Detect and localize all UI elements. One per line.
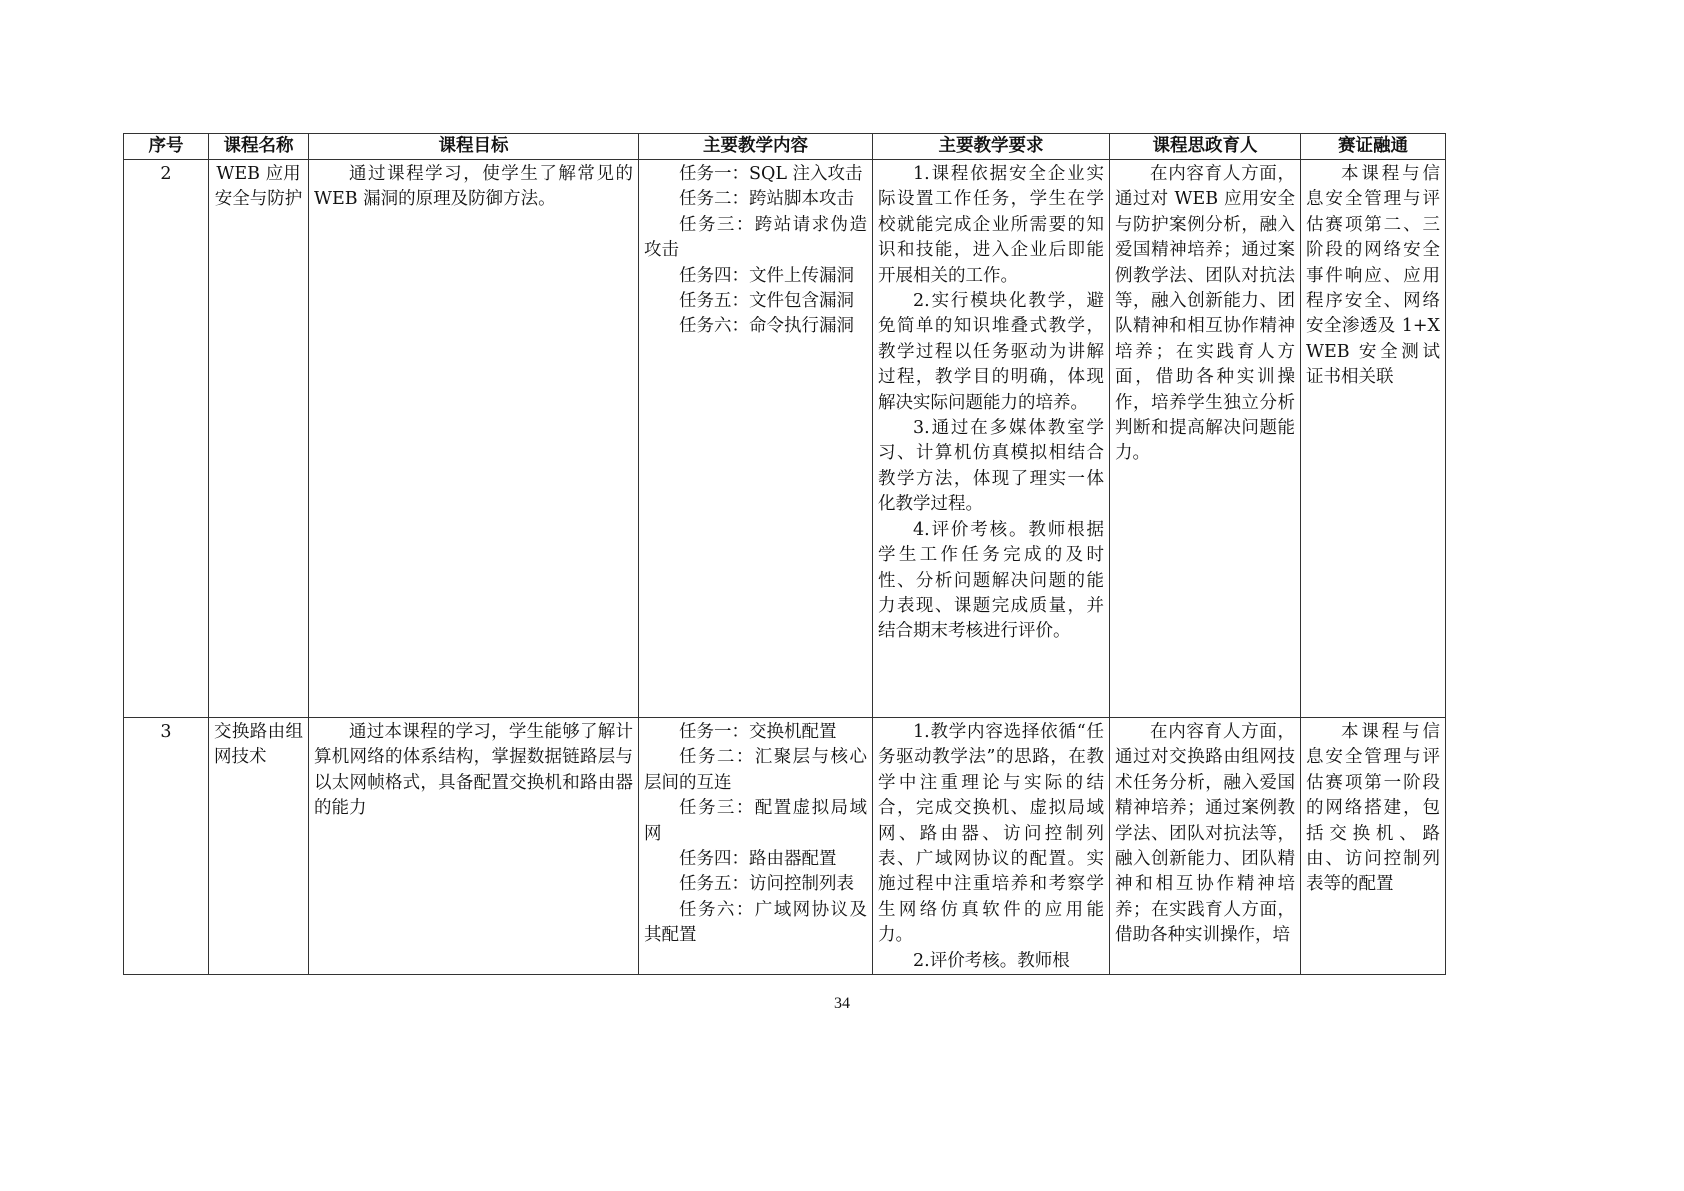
task-item: 任务二：汇聚层与核心层间的互连 xyxy=(644,745,867,796)
task-item: 任务五：访问控制列表 xyxy=(644,872,867,897)
certification-text: 本课程与信息安全管理与评估赛项第一阶段的网络搭建，包括交换机、路由、访问控制列表… xyxy=(1306,720,1440,898)
task-item: 任务二：跨站脚本攻击 xyxy=(644,187,867,212)
header-competition-certification: 赛证融通 xyxy=(1301,134,1446,160)
teaching-requirements: 1.教学内容选择依循“任务驱动教学法”的思路，在教学中注重理论与实际的结合，完成… xyxy=(873,718,1110,975)
table-row: 3 交换路由组网技术 通过本课程的学习，学生能够了解计算机网络的体系结构，掌握数… xyxy=(124,718,1446,975)
task-item: 任务六：命令执行漏洞 xyxy=(644,314,867,339)
header-ideology-education: 课程思政育人 xyxy=(1110,134,1301,160)
row-number: 3 xyxy=(124,718,209,975)
goal-text: 通过本课程的学习，学生能够了解计算机网络的体系结构，掌握数据链路层与以太网帧格式… xyxy=(314,720,633,822)
document-page: 序号 课程名称 课程目标 主要教学内容 主要教学要求 课程思政育人 赛证融通 2… xyxy=(0,0,1684,1191)
task-item: 任务四：路由器配置 xyxy=(644,847,867,872)
goal-text: 通过课程学习，使学生了解常见的 WEB 漏洞的原理及防御方法。 xyxy=(314,162,633,213)
task-item: 任务三：跨站请求伪造攻击 xyxy=(644,213,867,264)
requirement-item: 3.通过在多媒体教室学习、计算机仿真模拟相结合教学方法，体现了理实一体化教学过程… xyxy=(878,416,1104,518)
requirement-item: 4.评价考核。教师根据学生工作任务完成的及时性、分析问题解决问题的能力表现、课题… xyxy=(878,518,1104,645)
competition-certification: 本课程与信息安全管理与评估赛项第一阶段的网络搭建，包括交换机、路由、访问控制列表… xyxy=(1301,718,1446,975)
requirement-item: 1.课程依据安全企业实际设置工作任务，学生在学校就能完成企业所需要的知识和技能，… xyxy=(878,162,1104,289)
task-item: 任务三：配置虚拟局域网 xyxy=(644,796,867,847)
course-goal: 通过课程学习，使学生了解常见的 WEB 漏洞的原理及防御方法。 xyxy=(309,160,639,718)
ideology-education: 在内容育人方面，通过对交换路由组网技术任务分析，融入爱国精神培养；通过案例教学法… xyxy=(1110,718,1301,975)
requirement-item: 2.实行模块化教学，避免简单的知识堆叠式教学，教学过程以任务驱动为讲解过程，教学… xyxy=(878,289,1104,416)
header-course-name: 课程名称 xyxy=(209,134,309,160)
task-item: 任务六：广域网协议及其配置 xyxy=(644,898,867,949)
table-row: 2 WEB 应用安全与防护 通过课程学习，使学生了解常见的 WEB 漏洞的原理及… xyxy=(124,160,1446,718)
course-name: 交换路由组网技术 xyxy=(209,718,309,975)
table-header-row: 序号 课程名称 课程目标 主要教学内容 主要教学要求 课程思政育人 赛证融通 xyxy=(124,134,1446,160)
task-item: 任务五：文件包含漏洞 xyxy=(644,289,867,314)
course-name: WEB 应用安全与防护 xyxy=(209,160,309,718)
teaching-requirements: 1.课程依据安全企业实际设置工作任务，学生在学校就能完成企业所需要的知识和技能，… xyxy=(873,160,1110,718)
ideology-text: 在内容育人方面，通过对 WEB 应用安全与防护案例分析，融入爱国精神培养；通过案… xyxy=(1115,162,1295,467)
requirement-item: 1.教学内容选择依循“任务驱动教学法”的思路，在教学中注重理论与实际的结合，完成… xyxy=(878,720,1104,949)
certification-text: 本课程与信息安全管理与评估赛项第二、三阶段的网络安全事件响应、应用程序安全、网络… xyxy=(1306,162,1440,391)
task-item: 任务一：交换机配置 xyxy=(644,720,867,745)
teaching-content: 任务一：SQL 注入攻击 任务二：跨站脚本攻击 任务三：跨站请求伪造攻击 任务四… xyxy=(639,160,873,718)
task-item: 任务一：SQL 注入攻击 xyxy=(644,162,867,187)
header-course-goal: 课程目标 xyxy=(309,134,639,160)
header-teaching-requirements: 主要教学要求 xyxy=(873,134,1110,160)
ideology-text: 在内容育人方面，通过对交换路由组网技术任务分析，融入爱国精神培养；通过案例教学法… xyxy=(1115,720,1295,949)
row-number: 2 xyxy=(124,160,209,718)
ideology-education: 在内容育人方面，通过对 WEB 应用安全与防护案例分析，融入爱国精神培养；通过案… xyxy=(1110,160,1301,718)
header-no: 序号 xyxy=(124,134,209,160)
teaching-content: 任务一：交换机配置 任务二：汇聚层与核心层间的互连 任务三：配置虚拟局域网 任务… xyxy=(639,718,873,975)
course-goal: 通过本课程的学习，学生能够了解计算机网络的体系结构，掌握数据链路层与以太网帧格式… xyxy=(309,718,639,975)
course-table: 序号 课程名称 课程目标 主要教学内容 主要教学要求 课程思政育人 赛证融通 2… xyxy=(123,133,1446,975)
competition-certification: 本课程与信息安全管理与评估赛项第二、三阶段的网络安全事件响应、应用程序安全、网络… xyxy=(1301,160,1446,718)
task-item: 任务四：文件上传漏洞 xyxy=(644,264,867,289)
header-teaching-content: 主要教学内容 xyxy=(639,134,873,160)
requirement-item: 2.评价考核。教师根 xyxy=(878,949,1104,974)
page-number: 34 xyxy=(0,995,1684,1013)
